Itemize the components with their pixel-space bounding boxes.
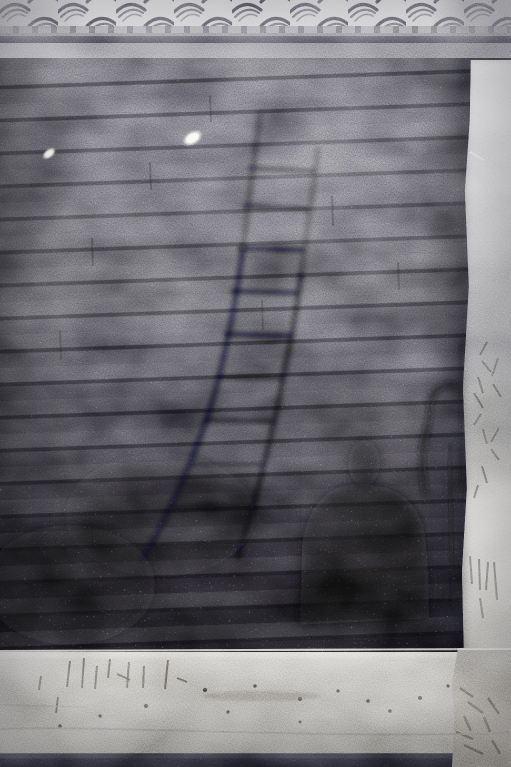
film-grain-fine <box>0 0 511 767</box>
photo-root <box>0 0 511 767</box>
